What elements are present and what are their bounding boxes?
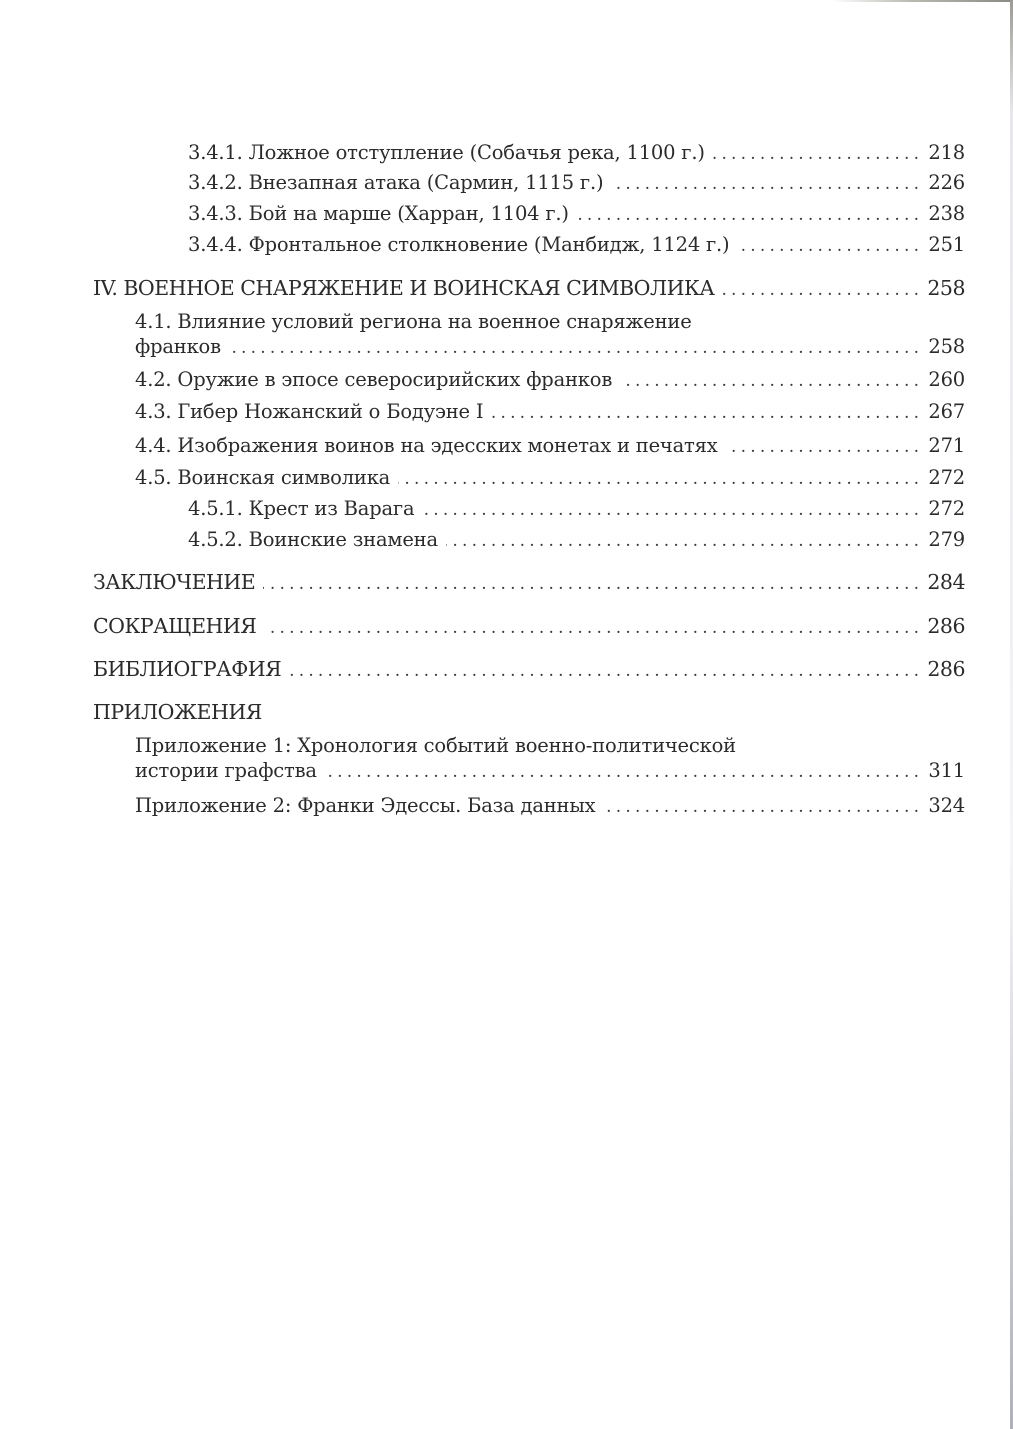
toc-entry-title: 3.4.3. Бой на марше (Харран, 1104 г.) — [188, 202, 569, 226]
toc-entry-page: 271 — [925, 434, 965, 458]
toc-entry-page: 284 — [925, 570, 965, 594]
toc-entry-title: 4.3. Гибер Ножанский о Бодуэне I — [135, 400, 483, 424]
dot-leader — [289, 659, 919, 683]
toc-entry[interactable]: 3.4.3. Бой на марше (Харран, 1104 г.) 23… — [188, 202, 965, 227]
dot-leader — [491, 401, 919, 425]
dot-leader — [446, 529, 919, 553]
toc-entry-page: 267 — [925, 400, 965, 424]
dot-leader — [422, 498, 919, 522]
toc-entry-title: 4.2. Оружие в эпосе северосирийских фран… — [135, 368, 612, 392]
toc-entry[interactable]: 4.5.2. Воинские знамена 279 — [188, 528, 965, 553]
toc-entry-page: 258 — [925, 335, 965, 359]
toc-chapter-title: СОКРАЩЕНИЯ — [93, 614, 256, 638]
toc-entry[interactable]: 4.3. Гибер Ножанский о Бодуэне I 267 — [135, 400, 965, 425]
toc-chapter-title: БИБЛИОГРАФИЯ — [93, 657, 281, 681]
dot-leader — [620, 369, 919, 393]
toc-entry-page: 286 — [925, 614, 965, 638]
toc-entry-title: 4.5. Воинская символика — [135, 466, 390, 490]
toc-entry-title: 4.4. Изображения воинов на эдесских моне… — [135, 434, 718, 458]
toc-entry-title: 3.4.2. Внезапная атака (Сармин, 1115 г.) — [188, 171, 603, 195]
toc-entry-title: Приложение 2: Франки Эдессы. База данных — [135, 794, 595, 818]
toc-chapter-title: ПРИЛОЖЕНИЯ — [93, 700, 965, 724]
toc-chapter-title: ЗАКЛЮЧЕНИЕ — [93, 570, 255, 594]
dot-leader — [398, 467, 919, 491]
toc-chapter-entry[interactable]: ЗАКЛЮЧЕНИЕ 284 — [93, 570, 965, 596]
toc-entry-title-line1: 4.1. Влияние условий региона на военное … — [135, 310, 965, 334]
dot-leader — [611, 172, 919, 196]
page-top-edge — [0, 0, 1013, 2]
dot-leader — [603, 795, 919, 819]
toc-entry-title: истории графства — [135, 759, 317, 783]
toc-entry-title: 4.5.1. Крест из Варага — [188, 497, 414, 521]
toc-entry-page: 260 — [925, 368, 965, 392]
dot-leader — [264, 616, 919, 640]
dot-leader — [325, 760, 919, 784]
dot-leader — [722, 278, 919, 302]
toc-chapter-entry[interactable]: ПРИЛОЖЕНИЯ — [93, 700, 965, 724]
toc-entry-page: 324 — [925, 794, 965, 818]
toc-entry[interactable]: Приложение 1: Хронология событий военно-… — [135, 734, 965, 784]
toc-entry[interactable]: 3.4.1. Ложное отступление (Собачья река,… — [188, 141, 965, 166]
toc-entry[interactable]: 3.4.2. Внезапная атака (Сармин, 1115 г.)… — [188, 171, 965, 196]
toc-entry-page: 272 — [925, 466, 965, 490]
toc-entry-page: 311 — [925, 759, 965, 783]
dot-leader — [726, 435, 919, 459]
toc-entry-page: 279 — [925, 528, 965, 552]
dot-leader — [263, 572, 919, 596]
toc-entry-page: 238 — [925, 202, 965, 226]
toc-entry-page: 226 — [925, 171, 965, 195]
toc-chapter-title: IV. ВОЕННОЕ СНАРЯЖЕНИЕ И ВОИНСКАЯ СИМВОЛ… — [93, 276, 714, 300]
dot-leader — [737, 234, 919, 258]
toc-entry[interactable]: 4.5. Воинская символика 272 — [135, 466, 965, 491]
toc-entry[interactable]: 3.4.4. Фронтальное столкновение (Манбидж… — [188, 233, 965, 258]
toc-entry-title: 4.5.2. Воинские знамена — [188, 528, 438, 552]
toc-chapter-entry[interactable]: БИБЛИОГРАФИЯ 286 — [93, 657, 965, 683]
toc-entry-title: 3.4.1. Ложное отступление (Собачья река,… — [188, 141, 705, 165]
toc-entry[interactable]: 4.5.1. Крест из Варага 272 — [188, 497, 965, 522]
toc-entry-page: 286 — [925, 657, 965, 681]
toc-entry[interactable]: 4.2. Оружие в эпосе северосирийских фран… — [135, 368, 965, 393]
dot-leader — [229, 336, 919, 360]
toc-entry[interactable]: 4.4. Изображения воинов на эдесских моне… — [135, 434, 965, 459]
toc-chapter-entry[interactable]: IV. ВОЕННОЕ СНАРЯЖЕНИЕ И ВОИНСКАЯ СИМВОЛ… — [93, 276, 965, 302]
dot-leader — [713, 142, 919, 166]
toc-entry-page: 251 — [925, 233, 965, 257]
toc-entry-title: франков — [135, 335, 221, 359]
toc-entry-title: 3.4.4. Фронтальное столкновение (Манбидж… — [188, 233, 729, 257]
toc-entry[interactable]: Приложение 2: Франки Эдессы. База данных… — [135, 794, 965, 819]
toc-entry-page: 258 — [925, 276, 965, 300]
toc-entry[interactable]: 4.1. Влияние условий региона на военное … — [135, 310, 965, 360]
toc-entry-page: 272 — [925, 497, 965, 521]
toc-entry-title-line1: Приложение 1: Хронология событий военно-… — [135, 734, 965, 758]
toc-entry-page: 218 — [925, 141, 965, 165]
dot-leader — [577, 203, 919, 227]
toc-chapter-entry[interactable]: СОКРАЩЕНИЯ 286 — [93, 614, 965, 640]
